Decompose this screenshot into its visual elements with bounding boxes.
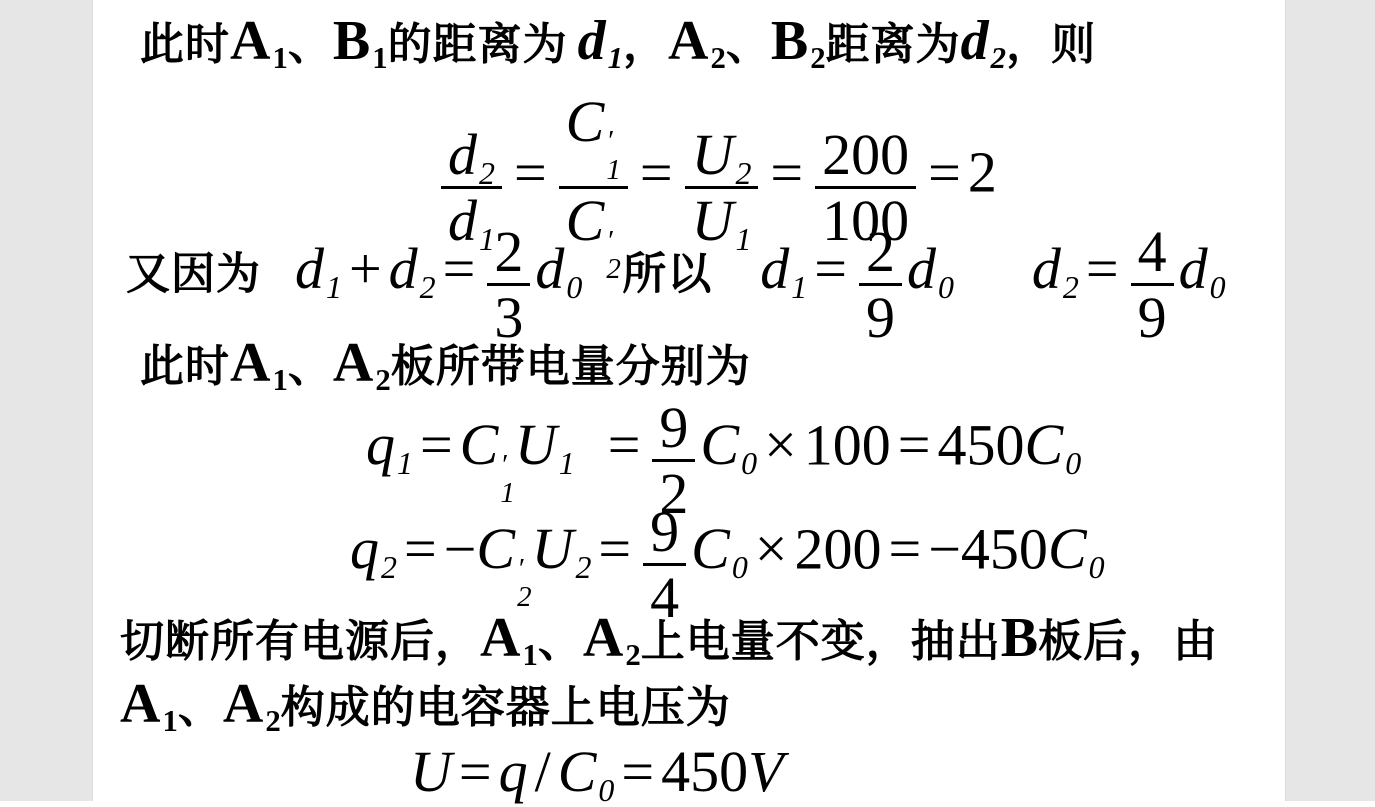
math-token: = [770, 140, 803, 205]
subscript: 1 [559, 446, 575, 481]
subscript: 0 [741, 446, 757, 481]
subscript: 2 [265, 704, 280, 738]
subscript: 1 [397, 446, 413, 481]
subscript: 2 [479, 156, 495, 191]
cn-text: 、 [288, 342, 333, 391]
math-token: + [349, 236, 382, 301]
fraction-denominator: 9 [859, 283, 902, 347]
math-token: d1 [295, 236, 342, 301]
cn-text: 此时 [140, 20, 230, 69]
intro-distance-line: 此时A1、B1的距离为d1，A2、B2距离为d2，则 [140, 6, 1096, 76]
cn-text: 的距离为 [388, 20, 568, 69]
math-token: q2 [350, 516, 397, 581]
fraction-numerator: U2 [685, 125, 759, 186]
math-token: 9 [866, 285, 895, 350]
math-token: A2 [333, 332, 391, 394]
math-token: 9 [650, 499, 679, 564]
subscript: 0 [1065, 446, 1081, 481]
math-token: C0 [700, 412, 757, 477]
math-token: d2 [1032, 236, 1079, 301]
subscript: 1 [272, 41, 287, 75]
math-token: = [898, 412, 931, 477]
math-token: d2 [448, 122, 495, 187]
math-token: C0 [691, 516, 748, 581]
subscript: 0 [1089, 550, 1105, 585]
superscript: ′ [517, 556, 523, 584]
math-token: = [608, 412, 641, 477]
spacer [712, 287, 760, 288]
fraction-denominator: 9 [1131, 283, 1174, 347]
math-token: q [499, 739, 528, 804]
cn-text: 板后，由 [1038, 617, 1218, 666]
math-token: −450 [928, 516, 1048, 581]
spacer [954, 287, 1032, 288]
math-token: C0 [558, 739, 615, 804]
subscript: 2 [710, 41, 725, 75]
cn-text: 、 [726, 20, 771, 69]
math-token: 2 [494, 219, 523, 284]
math-token: 200 [822, 122, 909, 187]
math-token: U [410, 739, 452, 804]
spacer [568, 58, 578, 59]
subscript: 1 [606, 157, 621, 185]
math-token: = [459, 739, 492, 804]
math-token: U1 [515, 412, 575, 477]
math-token: C′1 [460, 412, 515, 477]
sup-sub-stack: ′1 [606, 128, 621, 184]
subscript: 1 [791, 270, 807, 305]
math-token: = [621, 739, 654, 804]
math-token: C0 [1048, 516, 1105, 581]
cn-text: ， [623, 20, 668, 69]
subscript: 0 [598, 773, 614, 807]
math-token: = [598, 516, 631, 581]
q2-charge-formula: q2=−C′2U2=94C0×200=−450C0 [350, 502, 1105, 627]
math-token: A1 [120, 673, 178, 735]
math-token: 450 [938, 412, 1025, 477]
math-token: A2 [583, 607, 641, 669]
math-token: U2 [532, 516, 592, 581]
subscript: 1 [162, 704, 177, 738]
math-token: × [764, 412, 797, 477]
math-token: = [814, 236, 847, 301]
subscript: 1 [522, 638, 537, 672]
subscript: 2 [625, 638, 640, 672]
math-token: d0 [1179, 236, 1226, 301]
subscript: 2 [575, 550, 591, 585]
superscript: ′ [606, 128, 612, 156]
subscript: 0 [566, 270, 582, 305]
charge-intro-line: 此时A1、A2板所带电量分别为 [140, 328, 751, 398]
math-token: C′1 [566, 89, 621, 154]
superscript: ′ [500, 452, 506, 480]
math-token: A1 [480, 607, 538, 669]
cn-text: 所以 [622, 249, 712, 298]
spacer [575, 463, 601, 464]
left-gutter-band [0, 0, 93, 801]
math-token: = [928, 140, 961, 205]
subscript: 2 [810, 41, 825, 75]
cn-text: 、 [538, 617, 583, 666]
math-token: A2 [668, 10, 726, 72]
math-token: = [1086, 236, 1119, 301]
math-token: d1 [760, 236, 807, 301]
slide: 此时A1、B1的距离为d1，A2、B2距离为d2，则 d2d1=C′1C′2=U… [0, 0, 1375, 807]
math-token: 4 [1138, 219, 1167, 284]
math-token: d2 [389, 236, 436, 301]
cn-text: 构成的电容器上电压为 [281, 683, 731, 732]
fraction-numerator: C′1 [559, 92, 628, 186]
math-token: A1 [230, 10, 288, 72]
math-token: 9 [1138, 285, 1167, 350]
math-token: A2 [223, 673, 281, 735]
cn-text: 切断所有电源后， [120, 617, 480, 666]
fraction: 94 [643, 502, 686, 627]
subscript: 2 [375, 363, 390, 397]
math-token: 9 [659, 395, 688, 460]
math-token: 200 [795, 516, 882, 581]
subscript: 0 [1210, 270, 1226, 305]
fraction-numerator: 2 [859, 222, 902, 283]
math-token: d1 [578, 10, 623, 72]
subscript: 1 [326, 270, 342, 305]
math-token: = [404, 516, 437, 581]
subscript: 2 [991, 41, 1006, 75]
math-token: d2 [961, 10, 1006, 72]
fraction: 29 [859, 222, 902, 347]
cn-text: ， [1006, 20, 1051, 69]
cn-text: 又因为 [126, 249, 261, 298]
subscript: 1 [608, 41, 623, 75]
fraction-numerator: 9 [643, 502, 686, 563]
math-token: B1 [333, 10, 388, 72]
math-token: d0 [907, 236, 954, 301]
fraction: 49 [1131, 222, 1174, 347]
conclusion-paragraph: 切断所有电源后，A1、A2上电量不变，抽出B板后，由A1、A2构成的电容器上电压… [120, 612, 1295, 744]
math-token: = [420, 412, 453, 477]
math-token: B2 [771, 10, 826, 72]
math-token: q1 [366, 412, 413, 477]
subscript: 2 [735, 156, 751, 191]
right-gutter-band [1285, 0, 1375, 801]
cn-text: 距离为 [826, 20, 961, 69]
sup-sub-stack: ′2 [517, 556, 532, 612]
spacer [582, 287, 622, 288]
math-token: − [444, 516, 477, 581]
subscript: 1 [272, 363, 287, 397]
sup-sub-stack: ′1 [500, 452, 515, 508]
math-token: = [640, 140, 673, 205]
fraction-numerator: d2 [441, 125, 502, 186]
math-token: = [514, 140, 547, 205]
math-token: d0 [535, 236, 582, 301]
subscript: 0 [732, 550, 748, 585]
math-token: B [1001, 607, 1038, 669]
fraction-numerator: 200 [815, 125, 916, 186]
voltage-formula: U=q/C0=450V [410, 736, 784, 807]
fraction-numerator: 2 [487, 222, 530, 283]
math-token: 2 [968, 140, 997, 205]
subscript: 2 [1063, 270, 1079, 305]
subscript: 2 [420, 270, 436, 305]
math-token: V [748, 739, 783, 804]
cn-text: 此时 [140, 342, 230, 391]
spacer [261, 287, 295, 288]
math-token: = [889, 516, 922, 581]
fraction-numerator: 4 [1131, 222, 1174, 283]
subscript: 2 [381, 550, 397, 585]
cn-text: 则 [1051, 20, 1096, 69]
subscript: 0 [938, 270, 954, 305]
math-token: 2 [866, 219, 895, 284]
subscript: 1 [372, 41, 387, 75]
math-token: U2 [692, 122, 752, 187]
math-token: 450 [661, 739, 748, 804]
math-token: C′2 [476, 516, 531, 581]
cn-text: 上电量不变，抽出 [641, 617, 1001, 666]
cn-text: 板所带电量分别为 [391, 342, 751, 391]
fraction-numerator: 9 [652, 398, 695, 459]
math-token: = [443, 236, 476, 301]
math-token: × [755, 516, 788, 581]
math-token: A1 [230, 332, 288, 394]
cn-text: 、 [288, 20, 333, 69]
cn-text: 、 [178, 683, 223, 732]
math-token: C0 [1025, 412, 1082, 477]
math-token: 100 [804, 412, 891, 477]
math-token: / [535, 739, 551, 804]
